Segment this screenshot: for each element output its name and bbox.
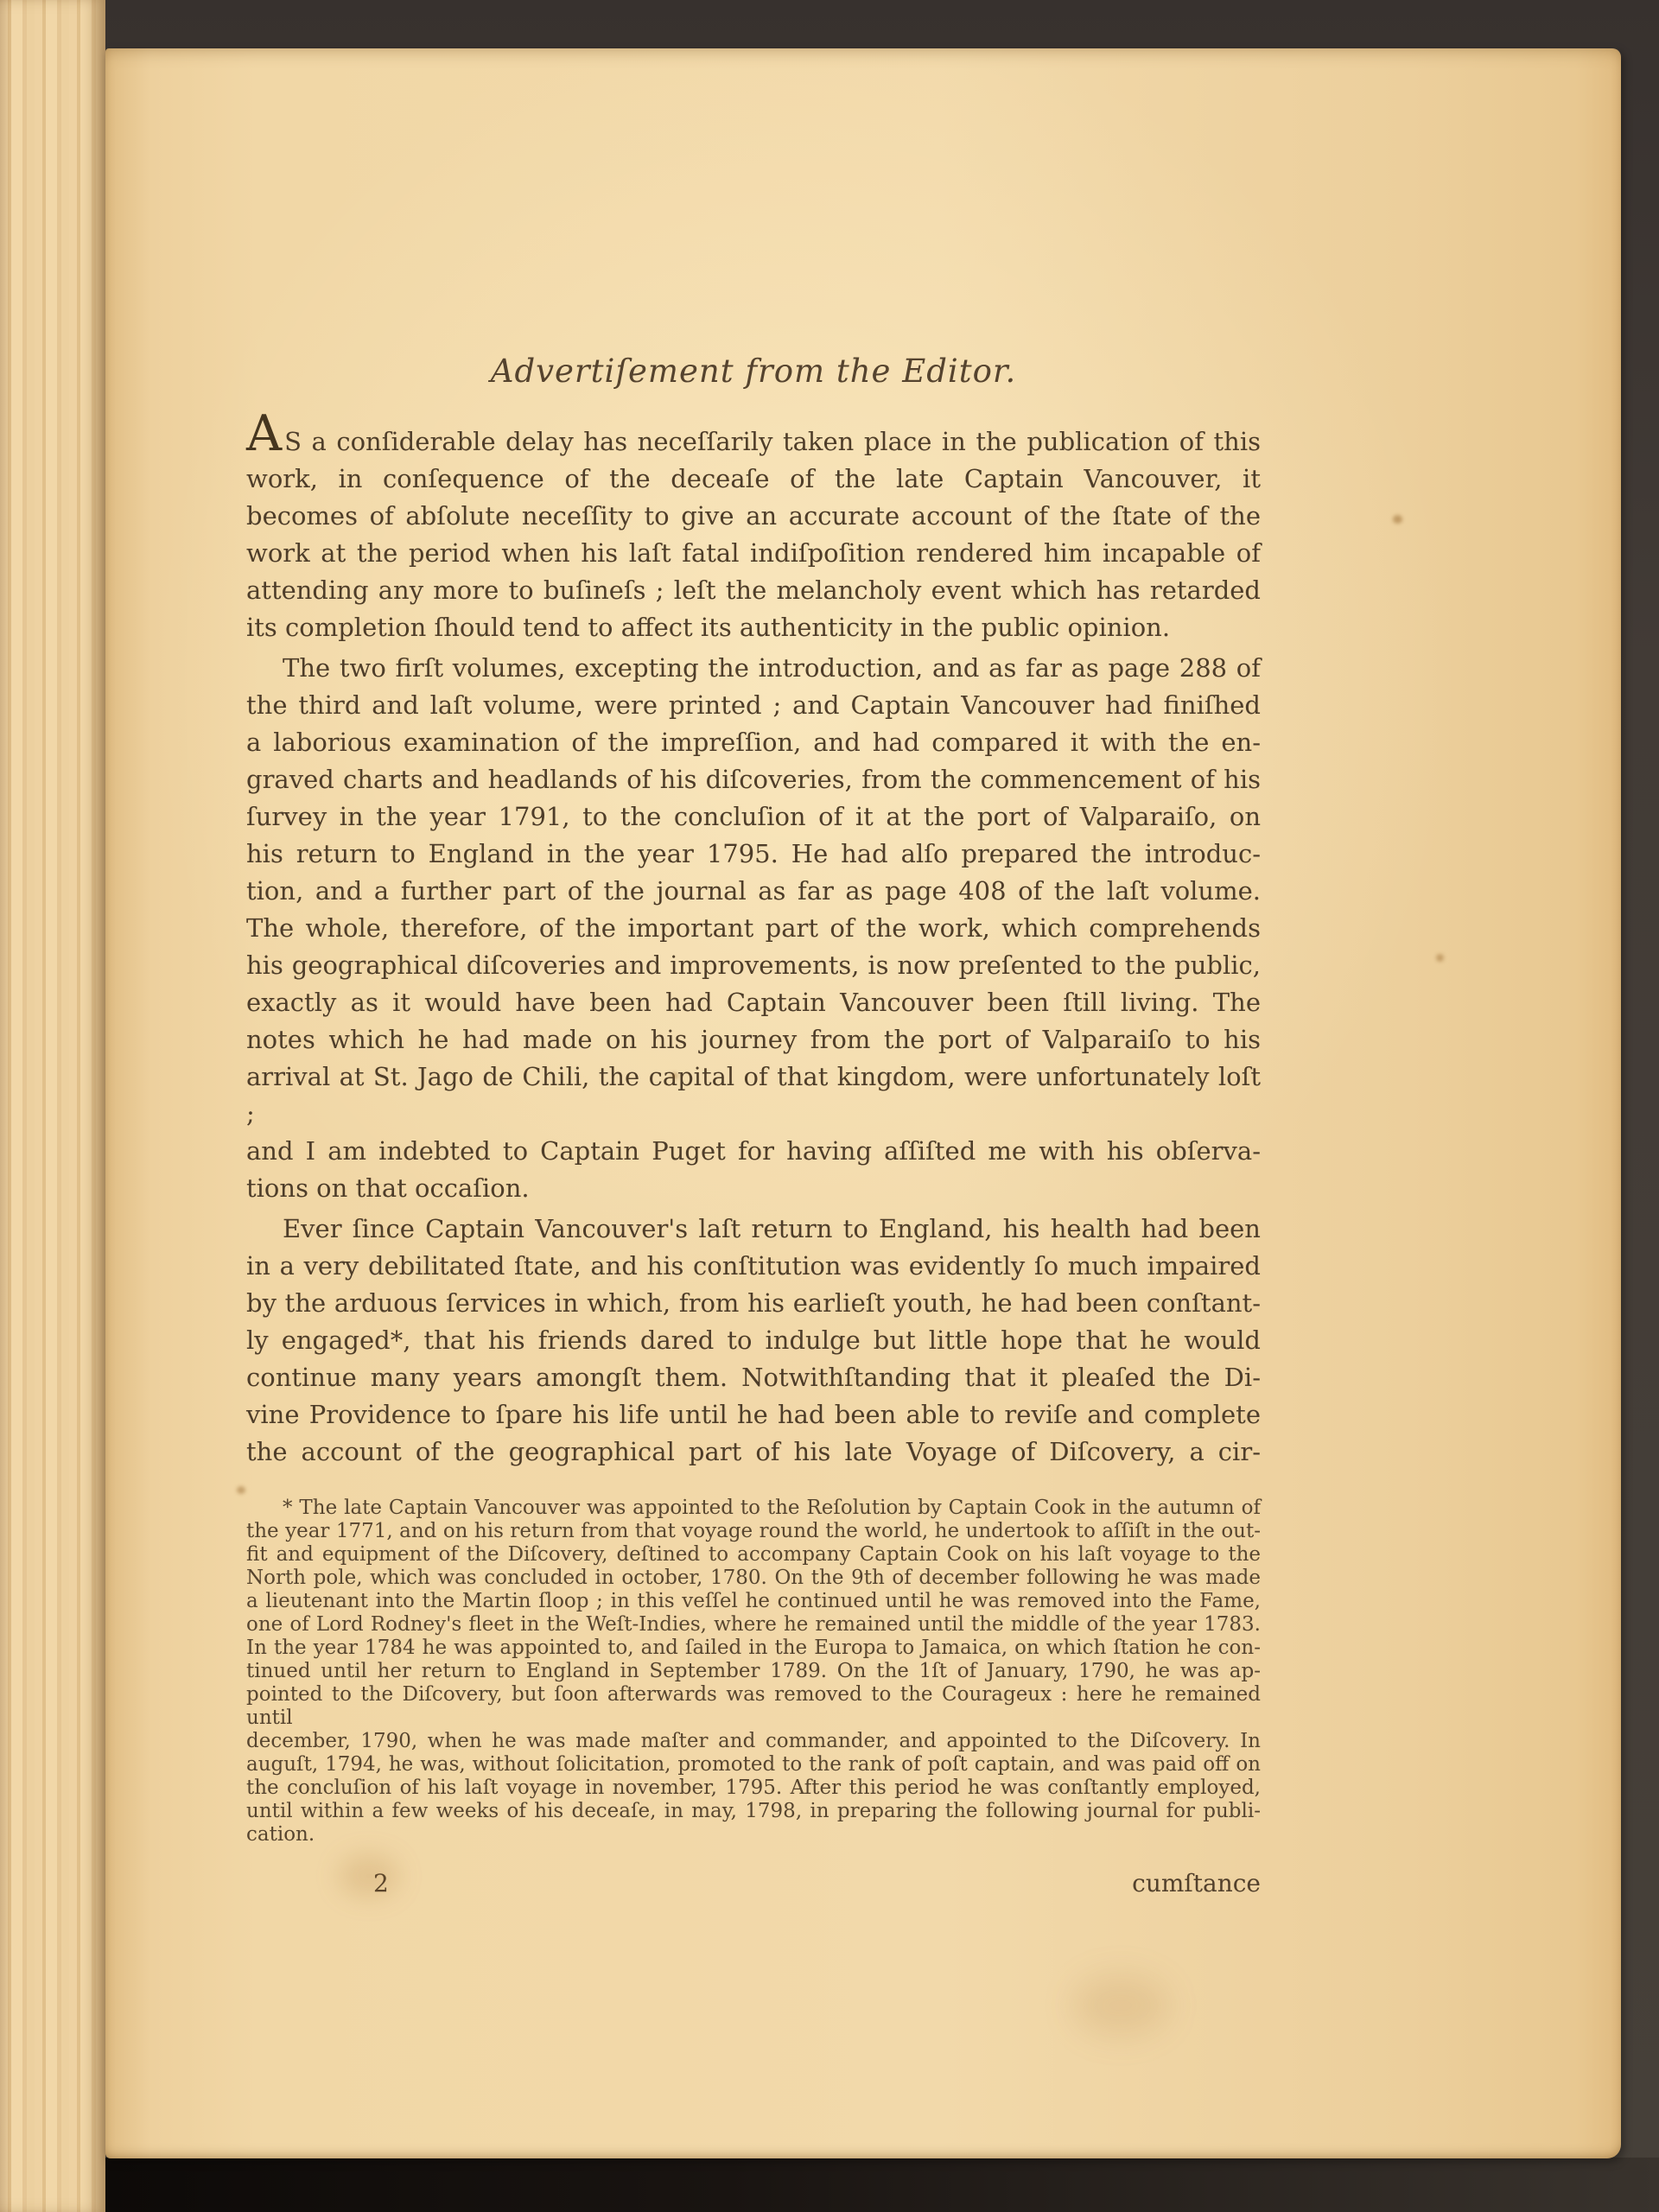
text-line: North pole, which was concluded in octob… (246, 1567, 1261, 1590)
text-line: the concluſion of his laſt voyage in nov… (246, 1777, 1261, 1800)
foxing-spot (1393, 515, 1402, 524)
text-line: tion, and a further part of the journal … (246, 873, 1261, 910)
foxing-spot (237, 1486, 245, 1494)
text-line: ſurvey in the year 1791, to the concluſi… (246, 798, 1261, 836)
paragraph-3: Ever ſince Captain Vancouver's laſt retu… (246, 1211, 1261, 1471)
table-shadow (105, 2158, 1659, 2212)
text-line: fit and equipment of the Diſcovery, deſt… (246, 1543, 1261, 1567)
text-line: his geographical diſcoveries and improve… (246, 947, 1261, 984)
paragraph-1: AS a conſiderable delay has neceſſarily … (246, 416, 1261, 646)
text-line: december, 1790, when he was made maſter … (246, 1730, 1261, 1753)
signature-mark: 2 (373, 1869, 389, 1897)
text-line: and I am indebted to Captain Puget for h… (246, 1133, 1261, 1170)
text-line: in a very debilitated ſtate, and his con… (246, 1248, 1261, 1285)
foxing-spot (1073, 1975, 1168, 2036)
text-line: In the year 1784 he was appointed to, an… (246, 1637, 1261, 1660)
book-page: Advertiſement from the Editor. AS a conſ… (105, 48, 1621, 2158)
text-line: ly engaged*, that his friends dared to i… (246, 1322, 1261, 1359)
text-line: continue many years amongſt them. Notwit… (246, 1359, 1261, 1396)
text-line: work, in conſequence of the deceaſe of t… (246, 461, 1261, 498)
text-line: arrival at St. Jago de Chili, the capita… (246, 1058, 1261, 1133)
text-line: exactly as it would have been had Captai… (246, 984, 1261, 1021)
paragraph-1-first-line: AS a conſiderable delay has neceſſarily … (246, 416, 1261, 461)
text-line: becomes of abſolute neceſſity to give an… (246, 498, 1261, 535)
text-line: the account of the geographical part of … (246, 1433, 1261, 1471)
text-line: tions on that occaſion. (246, 1170, 1261, 1207)
text-line: until within a few weeks of his deceaſe,… (246, 1800, 1261, 1823)
text-line: the year 1771, and on his return from th… (246, 1520, 1261, 1543)
text-line: cation. (246, 1823, 1261, 1847)
text-line: one of Lord Rodney's fleet in the Weſt-I… (246, 1613, 1261, 1637)
text-line: tinued until her return to England in Se… (246, 1660, 1261, 1683)
text-line: a lieutenant into the Martin ſloop ; in … (246, 1590, 1261, 1613)
text-line: auguſt, 1794, he was, without ſolicitati… (246, 1753, 1261, 1777)
paragraph-2: The two firſt volumes, excepting the int… (246, 650, 1261, 1207)
footnote: * The late Captain Vancouver was appoint… (246, 1497, 1261, 1847)
text-line: vine Providence to ſpare his life until … (246, 1396, 1261, 1433)
book-photo: { "page": { "title": "Advertiſement from… (0, 0, 1659, 2212)
initial-capital: A (246, 405, 284, 462)
text-line: a laborious examination of the impreſſio… (246, 724, 1261, 761)
text-line: his return to England in the year 1795. … (246, 836, 1261, 873)
text-line: by the arduous ſervices in which, from h… (246, 1285, 1261, 1322)
text-line: the third and laſt volume, were printed … (246, 687, 1261, 724)
text-line: its completion ſhould tend to affect its… (246, 609, 1261, 646)
text-line: work at the period when his laſt fatal i… (246, 535, 1261, 572)
text-line: attending any more to buſineſs ; leſt th… (246, 572, 1261, 609)
paragraph-1-first-line-text: S a conſiderable delay has neceſſarily t… (284, 427, 1261, 456)
text-line: graved charts and headlands of his diſco… (246, 761, 1261, 798)
text-line: Ever ſince Captain Vancouver's laſt retu… (246, 1211, 1261, 1248)
text-line: notes which he had made on his journey f… (246, 1021, 1261, 1058)
page-footer: 2 cumſtance (246, 1869, 1261, 1897)
text-column: Advertiſement from the Editor. AS a conſ… (246, 48, 1261, 1897)
foxing-spot (1436, 954, 1444, 962)
text-line: The two firſt volumes, excepting the int… (246, 650, 1261, 687)
catchword: cumſtance (1132, 1869, 1261, 1897)
text-line: * The late Captain Vancouver was appoint… (246, 1497, 1261, 1520)
text-line: The whole, therefore, of the important p… (246, 910, 1261, 947)
book-page-edges (0, 0, 105, 2212)
text-line: pointed to the Diſcovery, but ſoon after… (246, 1683, 1261, 1730)
page-title: Advertiſement from the Editor. (246, 353, 1261, 390)
